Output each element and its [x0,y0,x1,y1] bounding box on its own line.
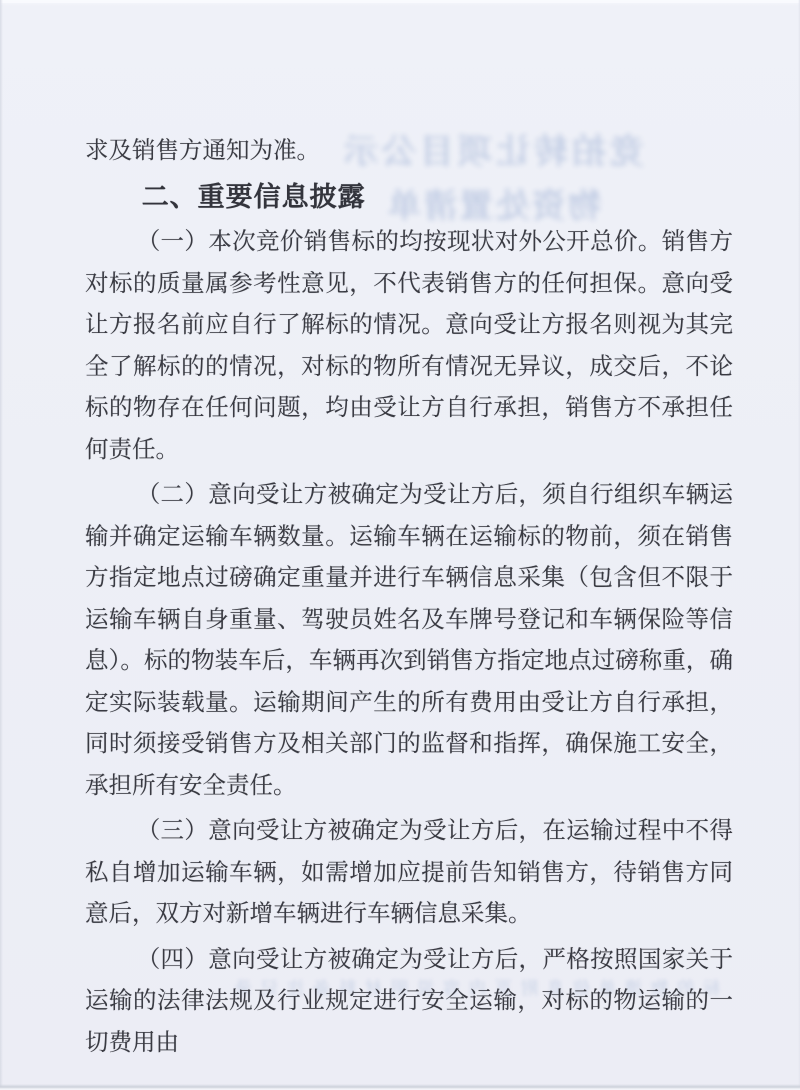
paragraph-clause-3: （三）意向受让方被确定为受让方后，在运输过程中不得私自增加运输车辆，如需增加应提… [85,811,733,936]
page-edge-bottom [0,1084,800,1090]
section-heading: 二、重要信息披露 [85,177,733,219]
paragraph-clause-4: （四）意向受让方被确定为受让方后，严格按照国家关于运输的法律法规及行业规定进行安… [85,940,733,1065]
paragraph-clause-2: （二）意向受让方被确定为受让方后，须自行组织车辆运输并确定运输车辆数量。运输车辆… [85,475,733,807]
document-body: 求及销售方通知为准。 二、重要信息披露 （一）本次竞价销售标的均按现状对外公开总… [85,0,733,1064]
scanned-document-page: 竞拍转让项目公示 物资处置清单 标的物清单信息附页内容说明材料备注记录 求及销售… [0,0,800,1090]
carryover-sentence: 求及销售方通知为准。 [85,131,733,173]
paragraph-clause-1: （一）本次竞价销售标的均按现状对外公开总价。销售方对标的质量属参考性意见，不代表… [85,222,733,471]
page-edge-left [0,0,3,1090]
